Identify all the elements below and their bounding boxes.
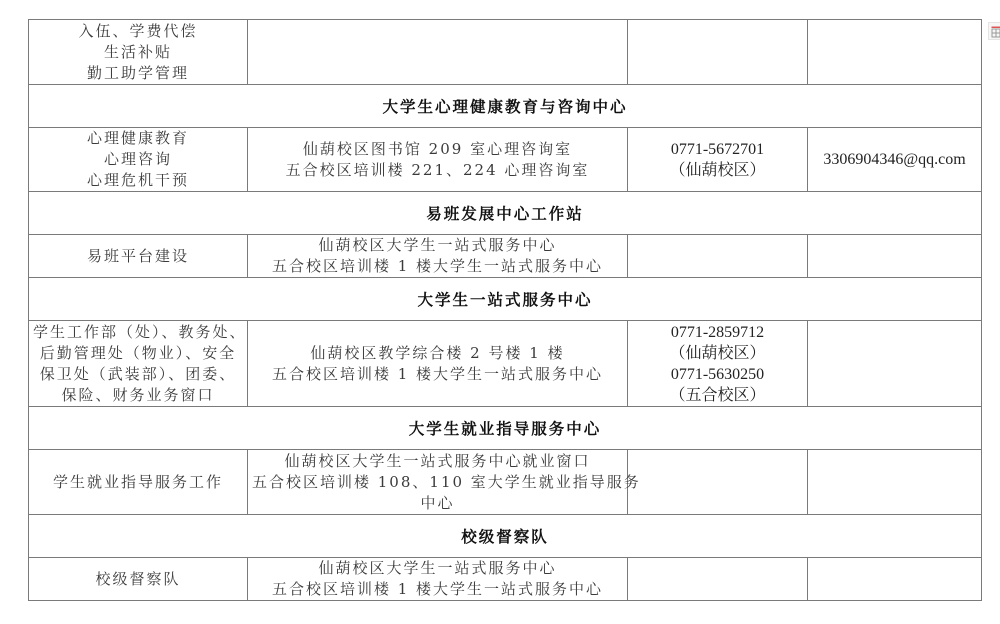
service-cell-line: 心理咨询 xyxy=(33,149,243,170)
location-cell-line: 仙葫校区图书馆 209 室心理咨询室 xyxy=(252,139,623,160)
service-cell: 易班平台建设 xyxy=(29,235,248,278)
service-cell-line: 入伍、学费代偿 xyxy=(33,21,243,42)
service-cell-line: 学生工作部（处）、教务处、 xyxy=(33,322,243,343)
phone-cell xyxy=(628,558,808,601)
service-cell: 入伍、学费代偿生活补贴勤工助学管理 xyxy=(29,20,248,85)
location-cell: 仙葫校区大学生一站式服务中心就业窗口五合校区培训楼 108、110 室大学生就业… xyxy=(248,450,628,515)
table-row: 心理健康教育心理咨询心理危机干预仙葫校区图书馆 209 室心理咨询室五合校区培训… xyxy=(29,128,982,192)
table-row: 学生就业指导服务工作仙葫校区大学生一站式服务中心就业窗口五合校区培训楼 108、… xyxy=(29,450,982,515)
location-cell-line: 仙葫校区大学生一站式服务中心就业窗口 xyxy=(252,451,623,472)
table-tool-icon[interactable] xyxy=(988,22,1000,40)
email-cell xyxy=(808,321,982,407)
table-row: 校级督察队仙葫校区大学生一站式服务中心五合校区培训楼 1 楼大学生一站式服务中心 xyxy=(29,558,982,601)
service-cell: 学生工作部（处）、教务处、后勤管理处（物业）、安全保卫处（武装部）、团委、保险、… xyxy=(29,321,248,407)
section-title: 大学生心理健康教育与咨询中心 xyxy=(29,85,982,128)
service-cell: 学生就业指导服务工作 xyxy=(29,450,248,515)
table-grid-icon xyxy=(991,26,1000,38)
section-header-row: 校级督察队 xyxy=(29,515,982,558)
section-header-row: 大学生就业指导服务中心 xyxy=(29,407,982,450)
location-cell: 仙葫校区图书馆 209 室心理咨询室五合校区培训楼 221、224 心理咨询室 xyxy=(248,128,628,192)
phone-cell: 0771-2859712（仙葫校区）0771-5630250（五合校区） xyxy=(628,321,808,407)
email-address[interactable]: 3306904346@qq.com xyxy=(823,151,965,168)
phone-cell xyxy=(628,20,808,85)
services-table: 入伍、学费代偿生活补贴勤工助学管理大学生心理健康教育与咨询中心心理健康教育心理咨… xyxy=(28,19,982,601)
service-cell-line: 保险、财务业务窗口 xyxy=(33,385,243,406)
service-cell-line: 心理健康教育 xyxy=(33,128,243,149)
service-cell-line: 保卫处（武装部）、团委、 xyxy=(33,364,243,385)
phone-cell xyxy=(628,235,808,278)
email-cell: 3306904346@qq.com xyxy=(808,128,982,192)
location-cell: 仙葫校区教学综合楼 2 号楼 1 楼五合校区培训楼 1 楼大学生一站式服务中心 xyxy=(248,321,628,407)
location-cell xyxy=(248,20,628,85)
service-cell-line: 校级督察队 xyxy=(33,569,243,590)
service-cell-line: 勤工助学管理 xyxy=(33,63,243,84)
table-row: 易班平台建设仙葫校区大学生一站式服务中心五合校区培训楼 1 楼大学生一站式服务中… xyxy=(29,235,982,278)
service-cell-line: 学生就业指导服务工作 xyxy=(33,472,243,493)
email-cell xyxy=(808,235,982,278)
phone-cell-line: 0771-5672701 xyxy=(632,139,803,160)
phone-cell: 0771-5672701（仙葫校区） xyxy=(628,128,808,192)
phone-cell-line: 0771-2859712 xyxy=(632,322,803,343)
section-title: 大学生一站式服务中心 xyxy=(29,278,982,321)
location-cell: 仙葫校区大学生一站式服务中心五合校区培训楼 1 楼大学生一站式服务中心 xyxy=(248,558,628,601)
service-cell: 心理健康教育心理咨询心理危机干预 xyxy=(29,128,248,192)
services-table-body: 入伍、学费代偿生活补贴勤工助学管理大学生心理健康教育与咨询中心心理健康教育心理咨… xyxy=(29,20,982,601)
location-cell-line: 仙葫校区教学综合楼 2 号楼 1 楼 xyxy=(252,343,623,364)
email-cell xyxy=(808,450,982,515)
phone-cell-line: （仙葫校区） xyxy=(632,343,803,364)
section-title: 校级督察队 xyxy=(29,515,982,558)
phone-cell-line: （仙葫校区） xyxy=(632,160,803,181)
service-cell: 校级督察队 xyxy=(29,558,248,601)
service-cell-line: 后勤管理处（物业）、安全 xyxy=(33,343,243,364)
phone-cell-line: （五合校区） xyxy=(632,385,803,406)
location-cell-line: 仙葫校区大学生一站式服务中心 xyxy=(252,558,623,579)
location-cell-line: 五合校区培训楼 108、110 室大学生就业指导服务 xyxy=(252,472,623,493)
section-title: 易班发展中心工作站 xyxy=(29,192,982,235)
location-cell-line: 仙葫校区大学生一站式服务中心 xyxy=(252,235,623,256)
location-cell-line: 五合校区培训楼 221、224 心理咨询室 xyxy=(252,160,623,181)
phone-cell xyxy=(628,450,808,515)
service-cell-line: 生活补贴 xyxy=(33,42,243,63)
service-cell-line: 心理危机干预 xyxy=(33,170,243,191)
email-cell xyxy=(808,20,982,85)
location-cell-line: 中心 xyxy=(252,493,623,514)
section-header-row: 易班发展中心工作站 xyxy=(29,192,982,235)
service-cell-line: 易班平台建设 xyxy=(33,246,243,267)
phone-cell-line: 0771-5630250 xyxy=(632,364,803,385)
section-header-row: 大学生心理健康教育与咨询中心 xyxy=(29,85,982,128)
location-cell-line: 五合校区培训楼 1 楼大学生一站式服务中心 xyxy=(252,579,623,600)
table-row: 入伍、学费代偿生活补贴勤工助学管理 xyxy=(29,20,982,85)
section-header-row: 大学生一站式服务中心 xyxy=(29,278,982,321)
email-cell xyxy=(808,558,982,601)
section-title: 大学生就业指导服务中心 xyxy=(29,407,982,450)
location-cell: 仙葫校区大学生一站式服务中心五合校区培训楼 1 楼大学生一站式服务中心 xyxy=(248,235,628,278)
table-row: 学生工作部（处）、教务处、后勤管理处（物业）、安全保卫处（武装部）、团委、保险、… xyxy=(29,321,982,407)
location-cell-line: 五合校区培训楼 1 楼大学生一站式服务中心 xyxy=(252,364,623,385)
location-cell-line: 五合校区培训楼 1 楼大学生一站式服务中心 xyxy=(252,256,623,277)
